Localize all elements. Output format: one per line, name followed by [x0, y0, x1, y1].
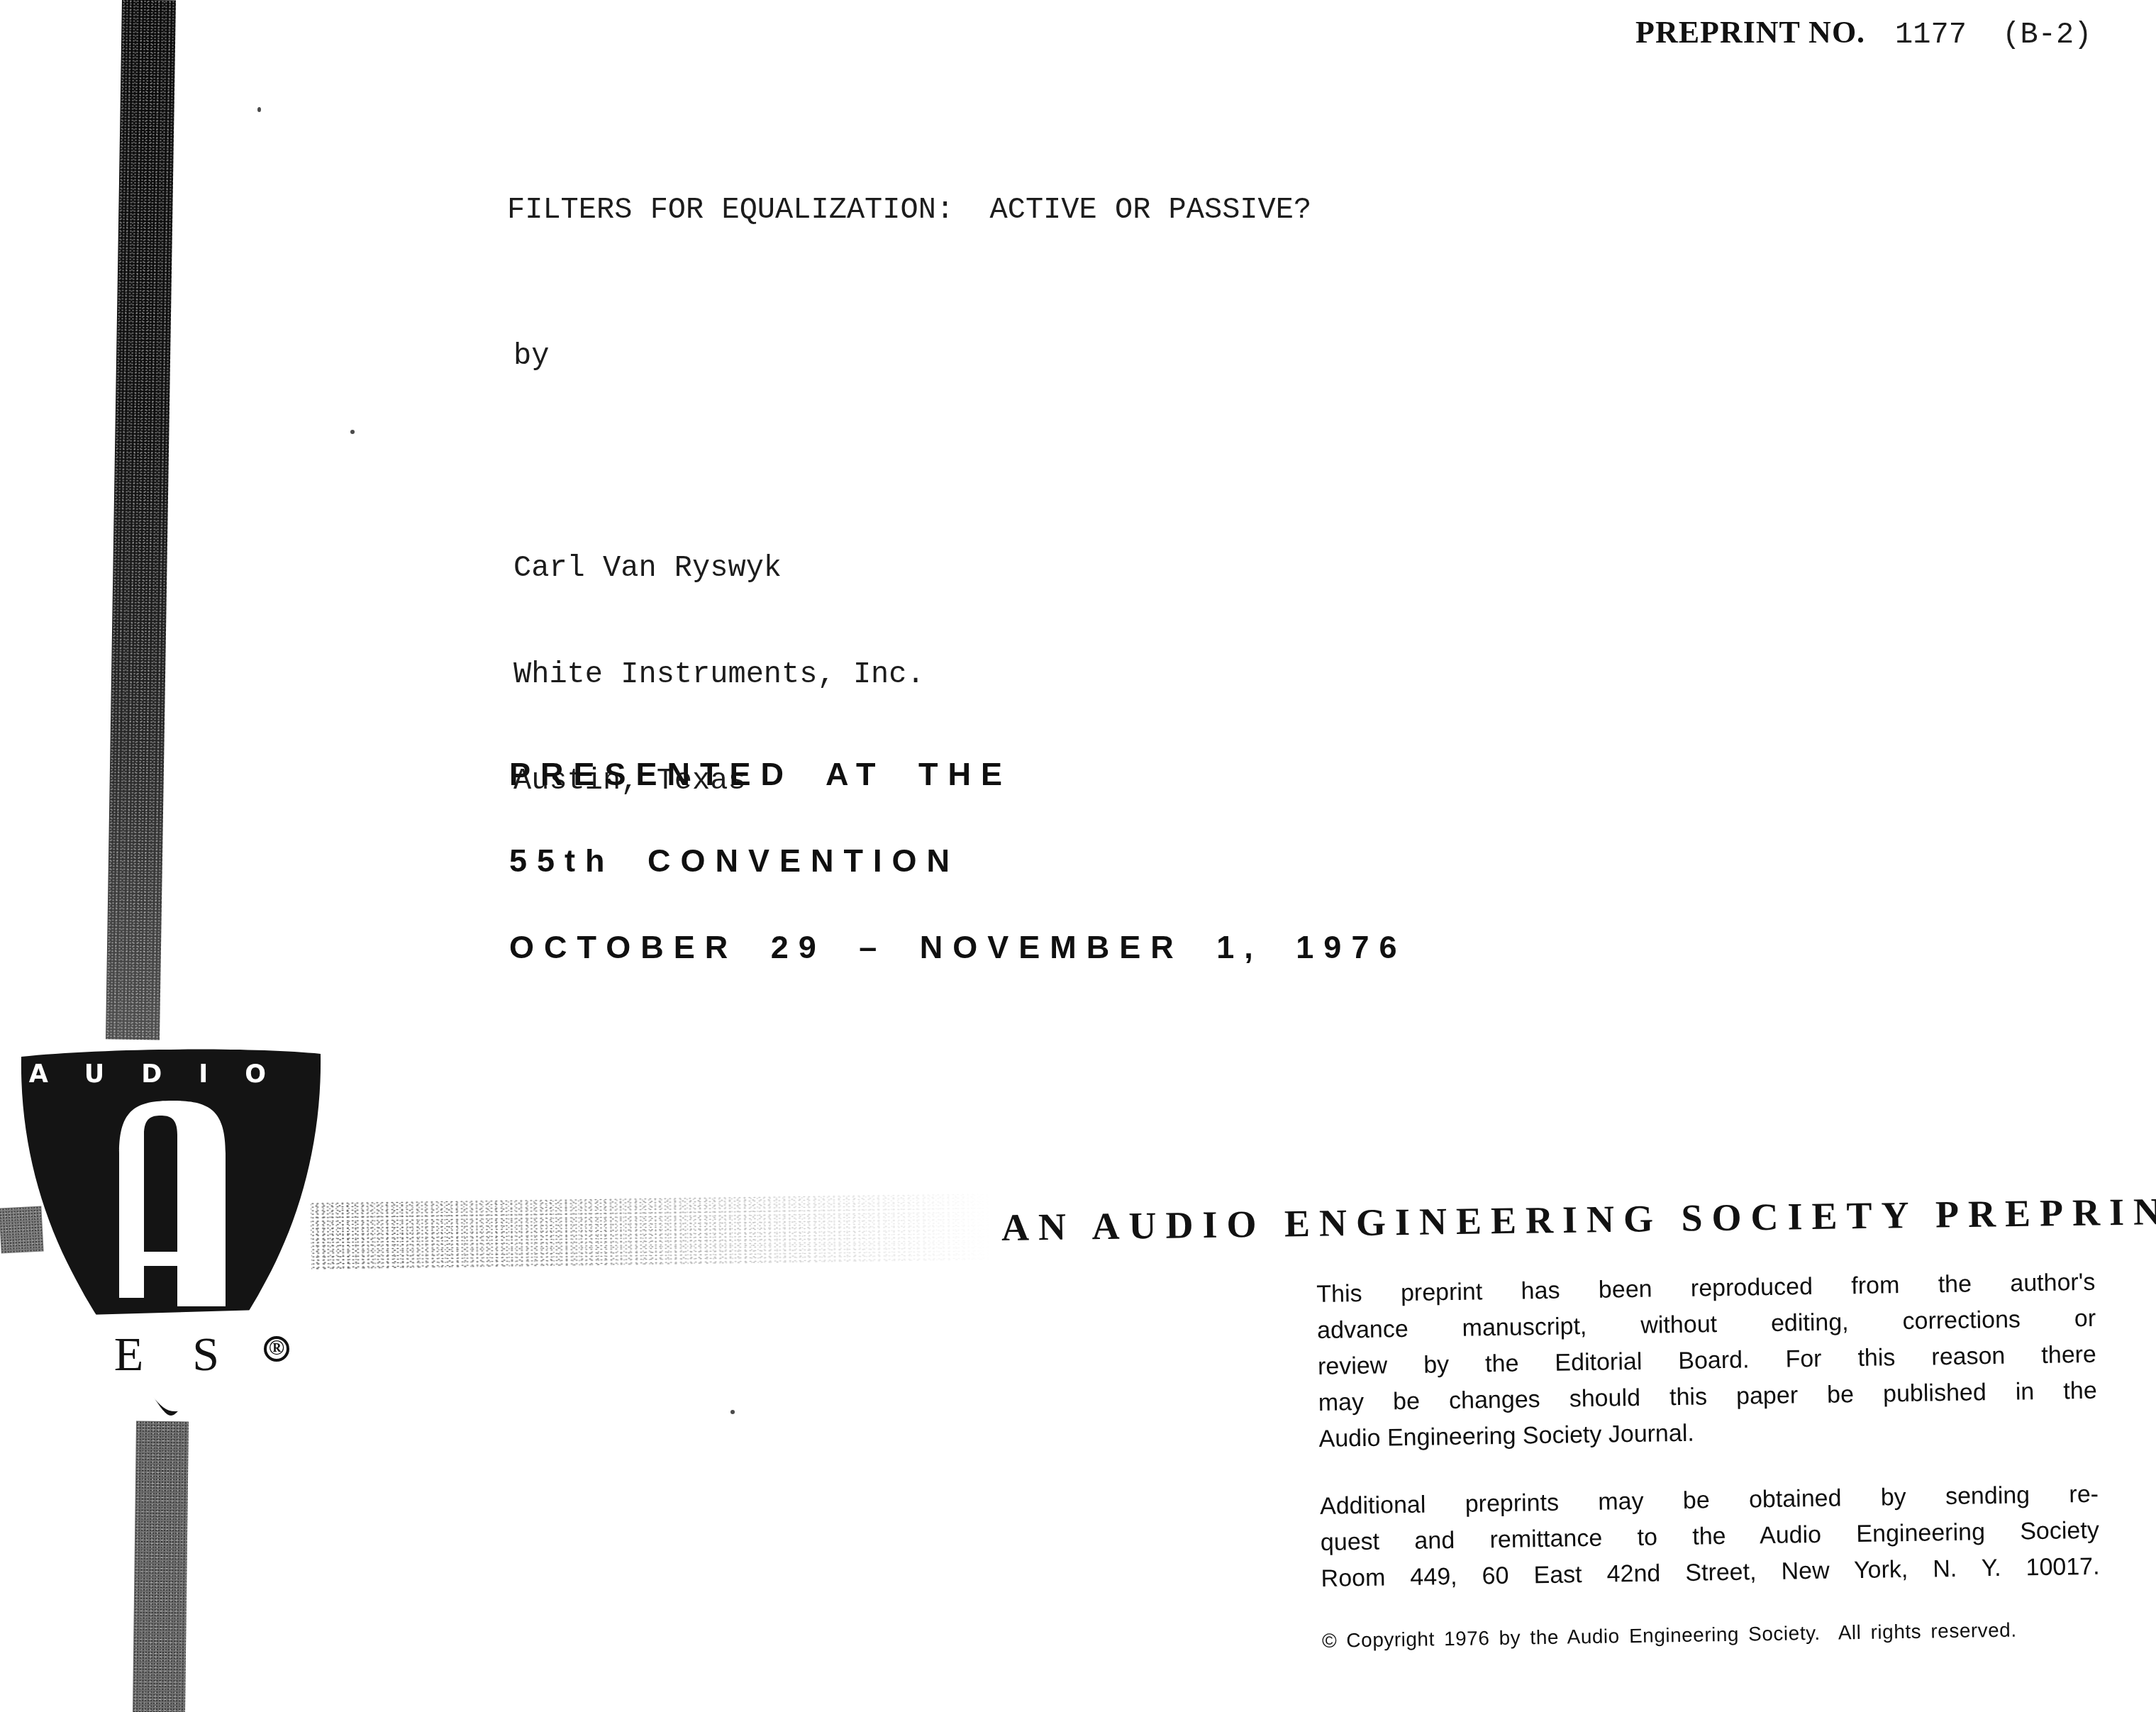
preprint-number: 1177 (B-2)	[1895, 18, 2091, 52]
author-name: Carl Van Ryswyk	[513, 550, 925, 586]
scan-speck	[257, 107, 261, 112]
logo-es-text: E S	[114, 1327, 238, 1381]
author-block: Carl Van Ryswyk White Instruments, Inc. …	[513, 479, 925, 869]
copyright-line: © Copyright 1976 by the Audio Engineerin…	[1322, 1618, 2101, 1652]
scan-speck	[730, 1410, 735, 1414]
vertical-bar-bottom	[133, 1421, 189, 1712]
presented-at-line: PRESENTED AT THE	[509, 756, 1012, 793]
ordering-notice: Additional preprints may be obtained by …	[1320, 1477, 2100, 1597]
preprint-cover-page: PREPRINT NO. 1177 (B-2) FILTERS FOR EQUA…	[0, 0, 2156, 1712]
paper-title: FILTERS FOR EQUALIZATION: ACTIVE OR PASS…	[507, 193, 1311, 227]
preprint-label: PREPRINT NO.	[1635, 14, 1865, 50]
preprint-number-line: PREPRINT NO. 1177 (B-2)	[1635, 14, 2091, 52]
author-affiliation: White Instruments, Inc.	[513, 657, 925, 692]
preprint-banner-heading: AN AUDIO ENGINEERING SOCIETY PREPRINT	[1001, 1191, 2080, 1250]
notice-column: This preprint has been reproduced from t…	[1316, 1264, 2101, 1652]
registered-mark: ®	[269, 1336, 284, 1360]
reproduction-notice: This preprint has been reproduced from t…	[1316, 1264, 2098, 1457]
convention-line: 55th CONVENTION	[509, 843, 960, 879]
vertical-bar-top	[106, 0, 176, 1040]
scan-speck	[350, 430, 355, 434]
logo-audio-text: AUDIO	[29, 1060, 303, 1089]
aes-shield-logo: AUDIO E S ®	[14, 1047, 326, 1433]
convention-dates-line: OCTOBER 29 – NOVEMBER 1, 1976	[509, 929, 1406, 966]
scan-smudge-streak	[310, 1192, 991, 1269]
byline: by	[513, 339, 549, 373]
